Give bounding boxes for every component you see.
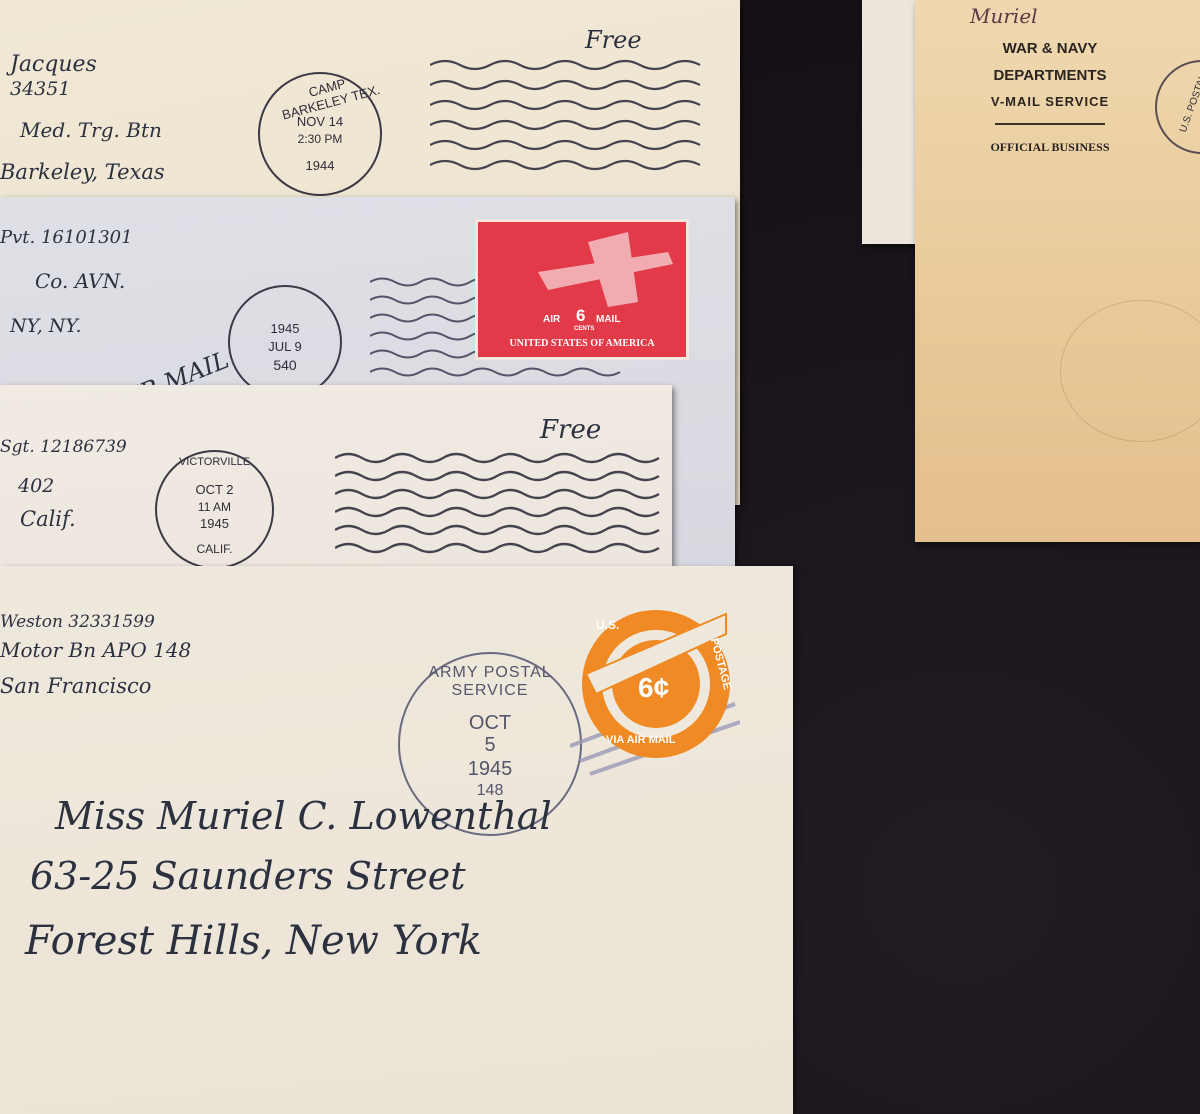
return-line: 34351 [10, 78, 70, 100]
return-line: Co. AVN. [35, 269, 125, 293]
address-line-city: Forest Hills, New York [25, 918, 482, 964]
return-line: 402 [18, 475, 54, 497]
free-mark: Free [540, 415, 601, 445]
free-mark: Free [585, 26, 642, 54]
cancellation-lines [430, 55, 720, 195]
return-line: Med. Trg. Btn [20, 118, 162, 142]
return-line: Weston 32331599 [0, 612, 155, 632]
return-line: Motor Bn APO 148 [0, 638, 191, 662]
postmark-victorville: VICTORVILLE OCT 2 11 AM 1945 CALIF. [155, 450, 274, 569]
envelope-army-postal: Weston 32331599 Motor Bn APO 148 San Fra… [0, 566, 793, 1114]
address-line-street: 63-25 Saunders Street [30, 854, 466, 898]
return-line: Calif. [20, 507, 76, 531]
air-mail-stamp: AIR 6 CENTS MAIL UNITED STATES OF AMERIC… [475, 219, 689, 360]
return-line: Jacques [10, 52, 97, 77]
return-line: San Francisco [0, 674, 151, 698]
return-line: NY, NY. [10, 315, 82, 337]
vmail-official-business: OFFICIAL BUSINESS [935, 140, 1165, 155]
address-line-name: Miss Muriel C. Lowenthal [55, 794, 552, 838]
vmail-line1: WAR & NAVY [935, 40, 1165, 57]
vmail-divider [995, 123, 1105, 125]
cancellation-lines [335, 450, 665, 560]
vmail-recipient-name: Muriel [970, 4, 1038, 28]
vmail-line3: V-MAIL SERVICE [935, 94, 1165, 109]
return-line: Barkeley, Texas [0, 160, 165, 184]
vmail-line2: DEPARTMENTS [935, 67, 1165, 84]
postmark-us-army: 1945 JUL 9 540 [228, 285, 342, 399]
return-line: Pvt. 16101301 [0, 227, 133, 248]
return-line: Sgt. 12186739 [0, 437, 127, 457]
vmail-envelope: Muriel WAR & NAVY DEPARTMENTS V-MAIL SER… [915, 0, 1200, 542]
postmark-camp-barkeley: CAMP BARKELEY TEX. NOV 14 2:30 PM 1944 [258, 72, 382, 196]
vmail-oval-stain [1060, 300, 1200, 442]
air-mail-embossed-stamp: U.S. POSTAGE 6¢ VIA AIR MAIL [576, 604, 736, 764]
